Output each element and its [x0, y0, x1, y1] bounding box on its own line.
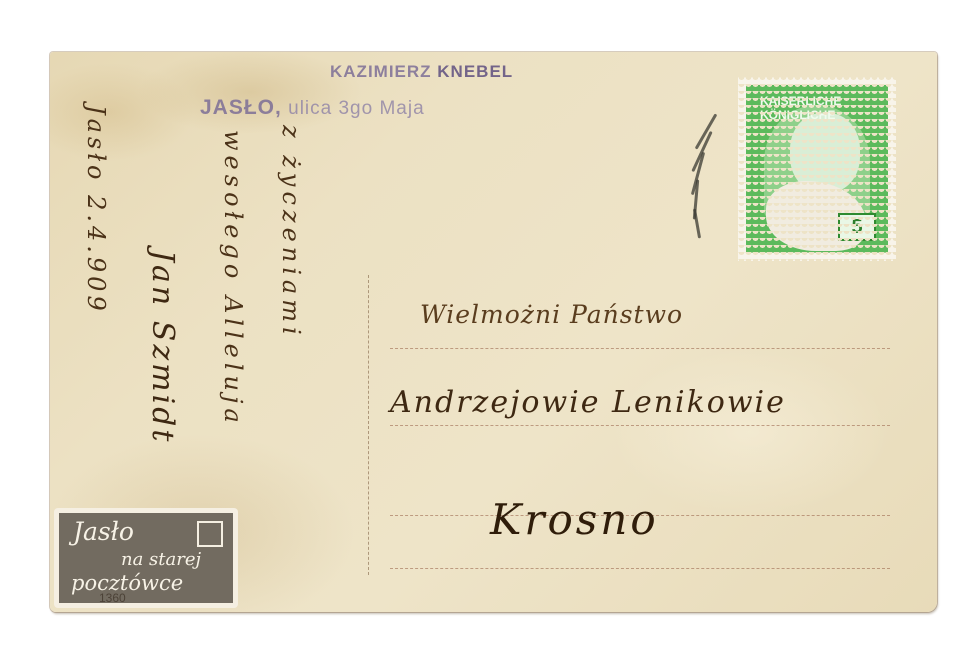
publisher-city: JASŁO,: [200, 96, 282, 119]
address-rule-2: [390, 425, 890, 426]
address-line3: Krosno: [490, 495, 659, 544]
address-rule-4: [390, 568, 890, 569]
address-rule-1: [390, 348, 890, 349]
publisher-address: ulica 3go Maja: [282, 98, 425, 119]
address-line2: Andrzejowie Lenikowie: [390, 385, 786, 420]
postage-stamp: KAISERLICHE KÖNIGLICHE 5: [738, 77, 896, 261]
watermark-panel: 1360 Jasło na starej pocztówce: [59, 513, 233, 603]
stamp-inscription: KAISERLICHE KÖNIGLICHE: [760, 94, 888, 122]
watermark-line1: Jasło: [73, 517, 134, 546]
watermark-line2: na starej: [121, 549, 201, 570]
stamp-frame: KAISERLICHE KÖNIGLICHE 5: [746, 85, 888, 253]
message-date: Jasło 2.4.909: [82, 105, 110, 315]
message-signature: Jan Szmidt: [145, 250, 180, 444]
publisher-last-name: KNEBEL: [437, 62, 513, 81]
divider-line: [368, 275, 369, 575]
publisher-stamp-line2: JASŁO, ulica 3go Maja: [200, 96, 425, 120]
publisher-stamp-line1: KAZIMIERZ KNEBEL: [330, 62, 513, 82]
watermark-line3: pocztówce: [71, 571, 183, 595]
publisher-first-name: KAZIMIERZ: [330, 62, 437, 81]
message-line1: z życzeniami: [277, 125, 305, 340]
address-line1: Wielmożni Państwo: [420, 300, 683, 329]
watermark-badge: 1360 Jasło na starej pocztówce: [54, 508, 238, 608]
stamp-value: 5: [838, 213, 876, 241]
stamp-outline-icon: [197, 521, 223, 547]
message-line2: wesołego Alleluja: [219, 130, 247, 428]
